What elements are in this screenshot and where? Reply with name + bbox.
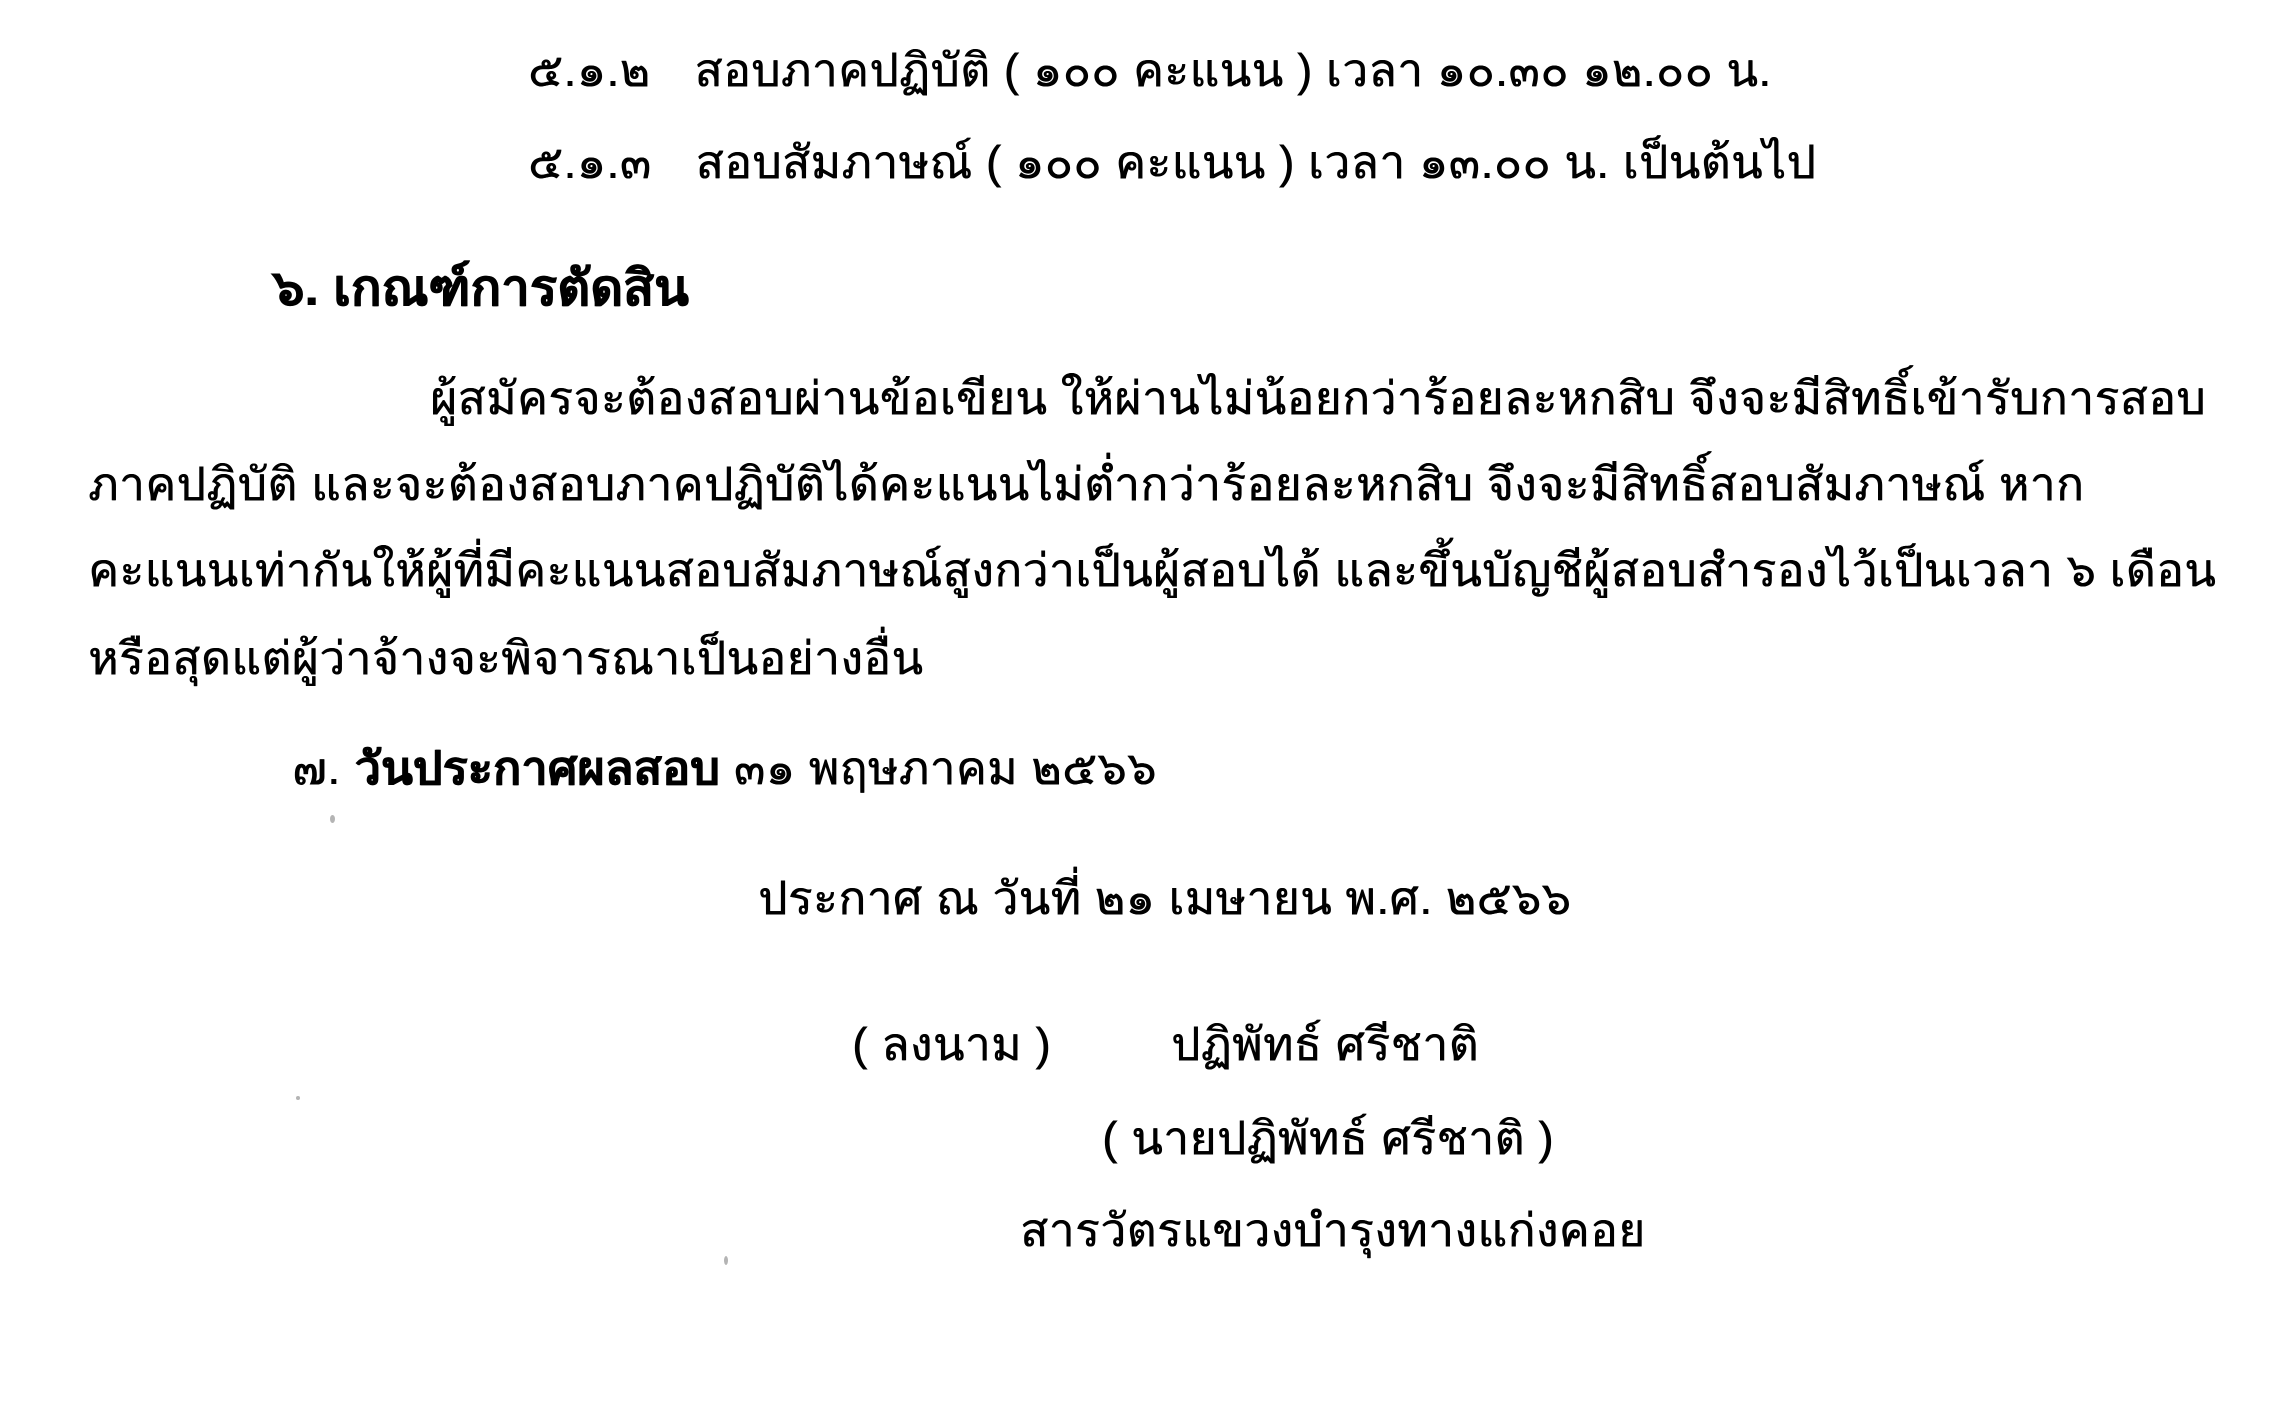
item-5-1-3-text: สอบสัมภาษณ์ ( ๑๐๐ คะแนน ) เวลา ๑๓.๐๐ น. … — [696, 136, 1817, 188]
sign-label: ( ลงนาม ) — [852, 1018, 1051, 1070]
section-6-paragraph-line-4: หรือสุดแต่ผู้ว่าจ้างจะพิจารณาเป็นอย่างอื… — [88, 618, 923, 698]
item-5-1-3: ๕.๑.๓สอบสัมภาษณ์ ( ๑๐๐ คะแนน ) เวลา ๑๓.๐… — [528, 122, 1816, 202]
scan-speck — [724, 1256, 728, 1265]
item-5-1-2-text: สอบภาคปฏิบัติ ( ๑๐๐ คะแนน ) เวลา ๑๐.๓๐ ๑… — [694, 44, 1771, 96]
announcement-line: ประกาศ ณ วันที่ ๒๑ เมษายน พ.ศ. ๒๕๖๖ — [758, 858, 1571, 938]
section-7-number: ๗. — [292, 728, 340, 808]
item-5-1-3-number: ๕.๑.๓ — [528, 122, 652, 202]
item-5-1-2-number: ๕.๑.๒ — [528, 30, 650, 110]
section-6-paragraph-line-3: คะแนนเท่ากันให้ผู้ที่มีคะแนนสอบสัมภาษณ์ส… — [88, 530, 2216, 610]
signer-name: ปฏิพัทธ์ ศรีชาติ — [1171, 1004, 1479, 1084]
section-6-heading: ๖. เกณฑ์การตัดสิน — [272, 248, 689, 328]
section-6-paragraph-line-1: ผู้สมัครจะต้องสอบผ่านข้อเขียน ให้ผ่านไม่… — [430, 358, 2206, 438]
signer-name-full: ( นายปฏิพัทธ์ ศรีชาติ ) — [1102, 1098, 1554, 1178]
section-6-paragraph-line-2: ภาคปฏิบัติ และจะต้องสอบภาคปฏิบัติได้คะแน… — [88, 444, 2084, 524]
section-7-date: ๓๑ พฤษภาคม ๒๕๖๖ — [734, 742, 1157, 794]
scan-speck — [330, 815, 335, 823]
section-7-heading: วันประกาศผลสอบ — [354, 728, 719, 808]
signature-line: ( ลงนาม )ปฏิพัทธ์ ศรีชาติ — [852, 1004, 1479, 1084]
section-7-line: ๗.วันประกาศผลสอบ๓๑ พฤษภาคม ๒๕๖๖ — [292, 728, 1157, 808]
document-page: ๕.๑.๒สอบภาคปฏิบัติ ( ๑๐๐ คะแนน ) เวลา ๑๐… — [0, 0, 2295, 1404]
scan-speck — [296, 1096, 300, 1100]
item-5-1-2: ๕.๑.๒สอบภาคปฏิบัติ ( ๑๐๐ คะแนน ) เวลา ๑๐… — [528, 30, 1771, 110]
signer-position: สารวัตรแขวงบำรุงทางแก่งคอย — [1020, 1190, 1646, 1270]
